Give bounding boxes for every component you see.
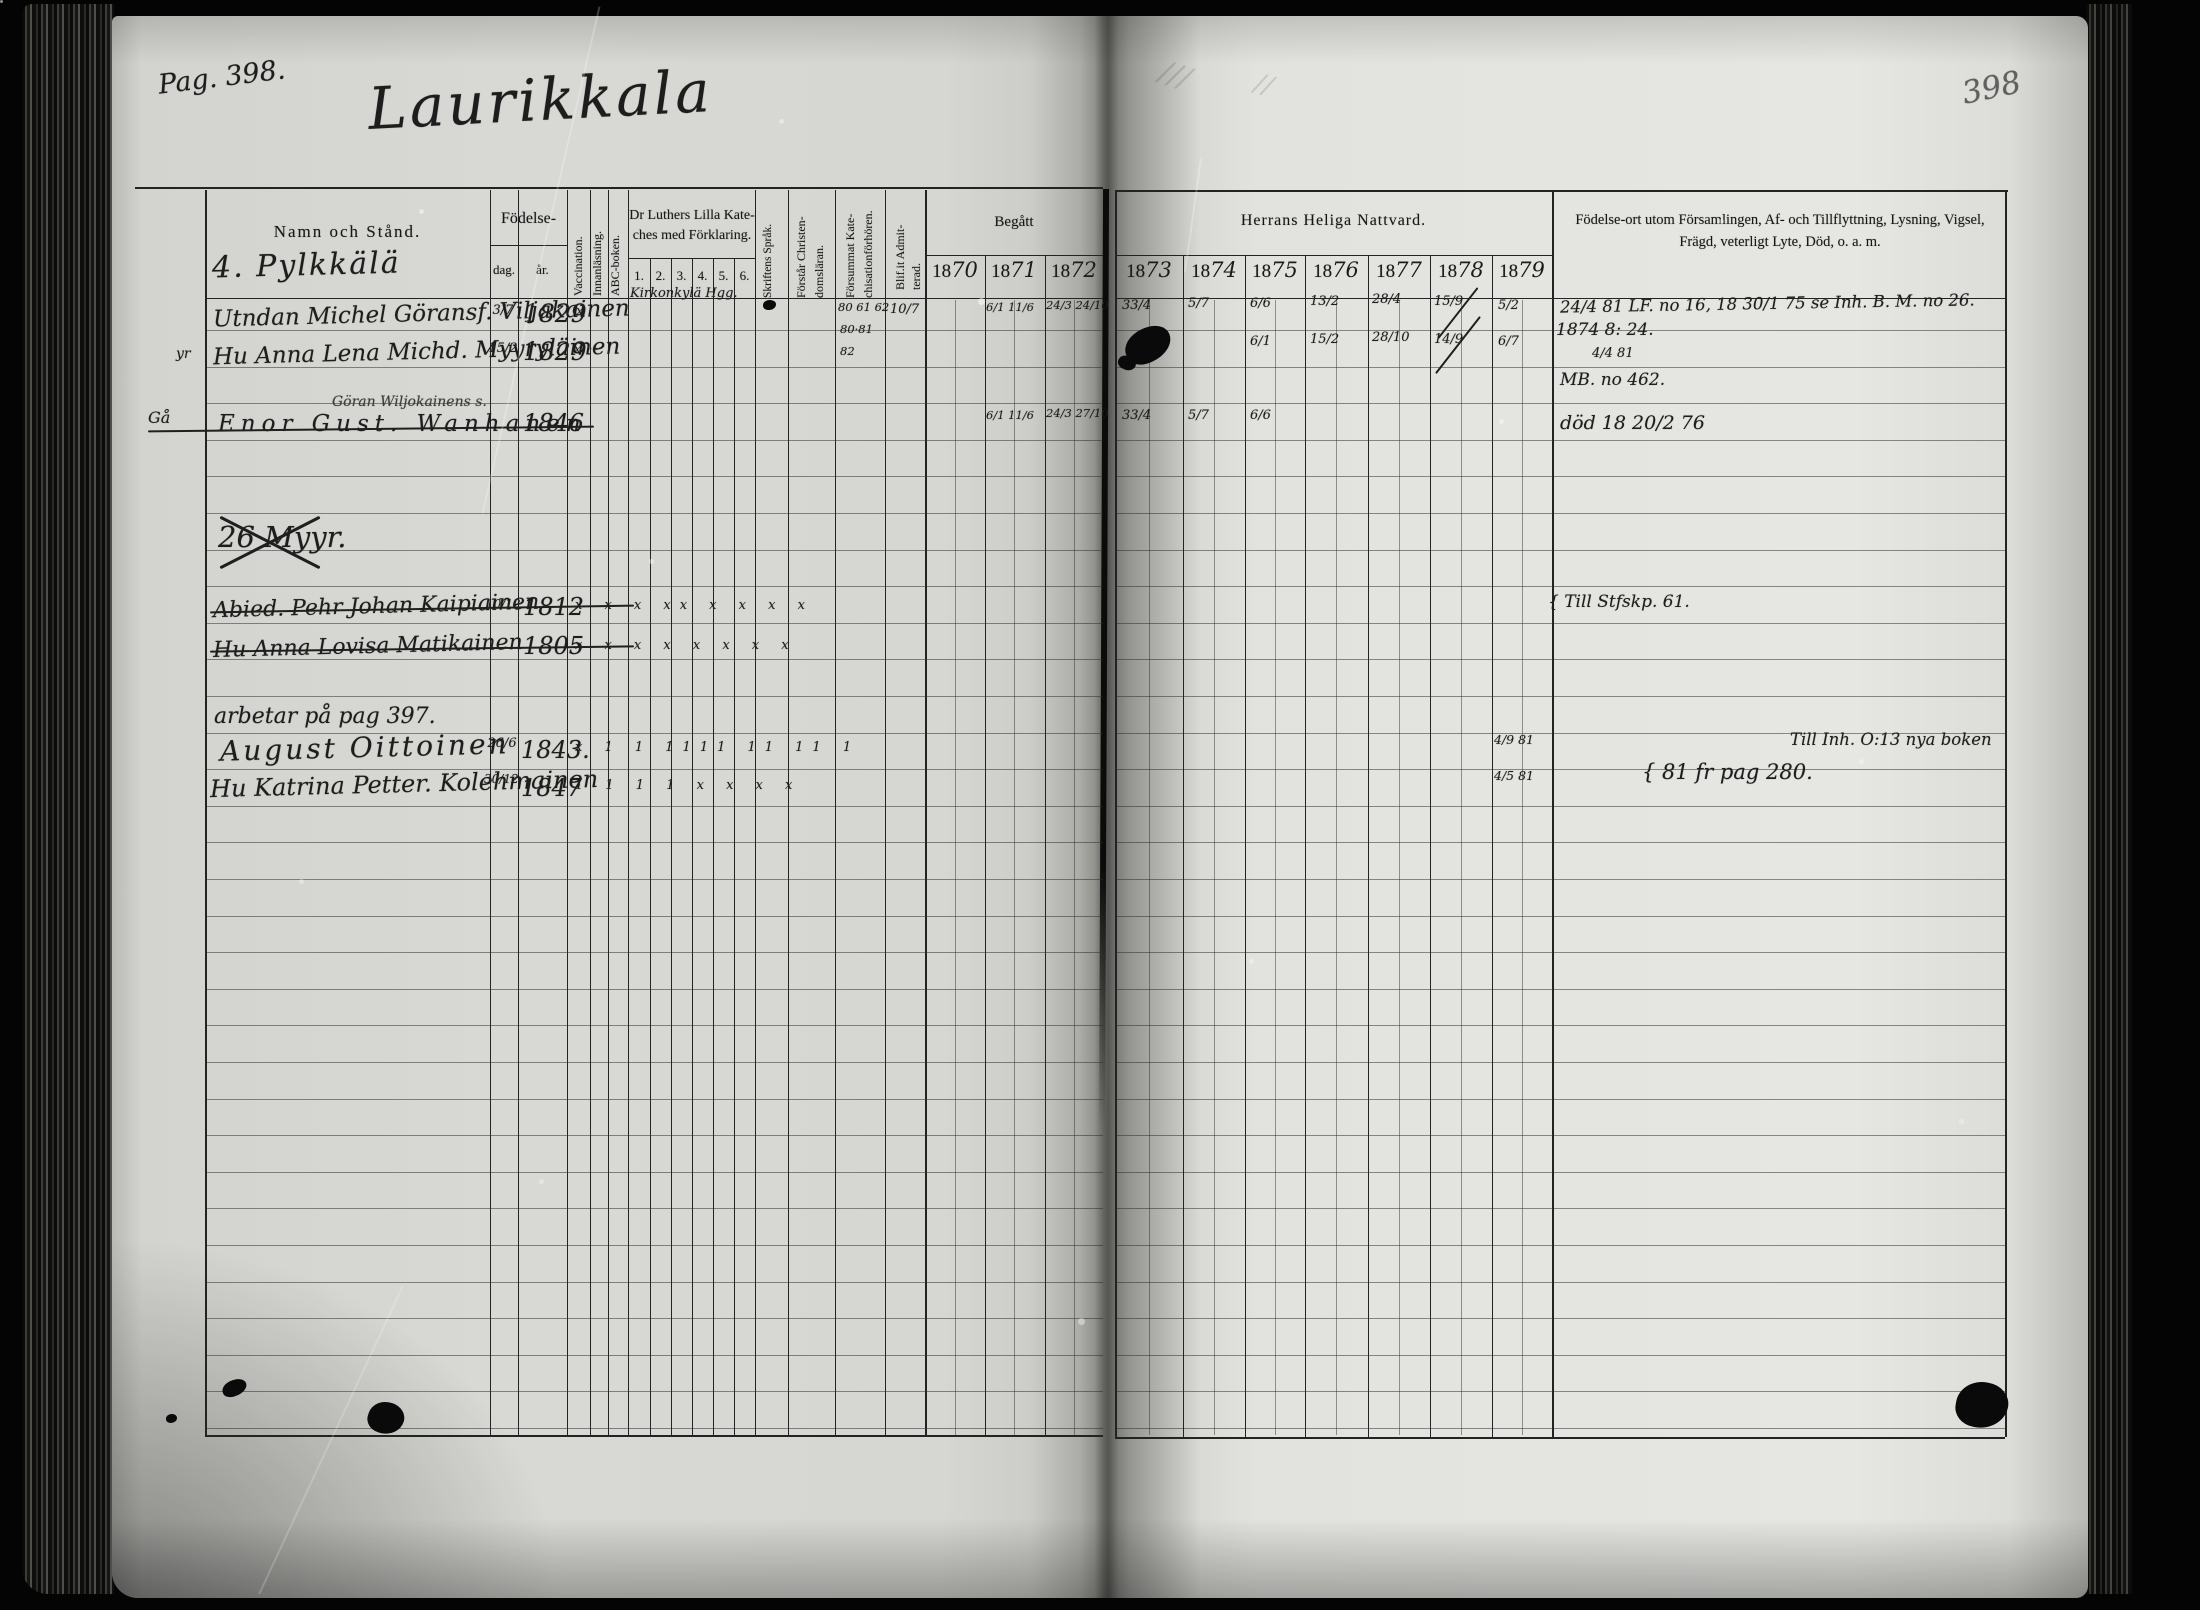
- grid-vline-sub: [1149, 300, 1150, 1435]
- grid-vline-sub: [1074, 300, 1075, 1435]
- row-line: [206, 330, 1103, 331]
- entry-birth-day: 26/6: [486, 736, 518, 751]
- grid-vline: [1552, 190, 1554, 1437]
- header-catechism-line2: ches med Förklaring.: [629, 228, 755, 244]
- row-line: [206, 769, 1103, 770]
- year-printed-part: 18: [991, 261, 1010, 282]
- row-line: [206, 989, 1103, 990]
- communion-cell-1872: 24/3 24/10: [1046, 298, 1109, 312]
- row-line: [206, 879, 1103, 880]
- row-line: [1116, 403, 2005, 404]
- header-missed-catechism-line2: chisationförhören.: [862, 196, 874, 298]
- communion-cell-1878: 15/9: [1434, 294, 1463, 309]
- communion-cell-1874: 5/7: [1188, 408, 1209, 423]
- grid-vline: [835, 190, 836, 1435]
- row-line: [1116, 623, 2005, 624]
- row-line: [206, 513, 1103, 514]
- grid-vline: [985, 255, 986, 1435]
- grid-vline: [1492, 255, 1493, 1437]
- row-line: [206, 1245, 1103, 1246]
- missed-cell-line2: 80·81: [840, 322, 873, 336]
- book-page-edges-right: [2086, 4, 2132, 1594]
- entry-birth-day: 15/2: [488, 341, 518, 356]
- year-label: 1878: [1432, 258, 1490, 283]
- header-understands-line1: Förstår Christen-: [795, 196, 807, 298]
- entry-note-line2: 4/4 81: [1592, 346, 1634, 361]
- row-line: [1116, 1062, 2005, 1063]
- entry-note-line3: MB. no 462.: [1560, 370, 1665, 390]
- year-script-part: 71: [1010, 258, 1037, 282]
- grid-vline: [713, 258, 714, 1435]
- year-script-part: 77: [1395, 258, 1422, 282]
- grid-vline-sub: [1399, 300, 1400, 1435]
- row-line: [1116, 1428, 2005, 1429]
- year-label: 1875: [1246, 258, 1304, 283]
- year-script-part: 76: [1332, 258, 1359, 282]
- header-admitted-line2: terad.: [910, 206, 922, 290]
- grid-vline: [608, 190, 609, 1435]
- row-line: [206, 1099, 1103, 1100]
- year-label: 1873: [1119, 258, 1179, 283]
- grid-vline: [1045, 255, 1046, 1435]
- communion-cell-1879: 4/9 81: [1494, 732, 1534, 747]
- row-line: [1116, 440, 2005, 441]
- row-line: [206, 1135, 1103, 1136]
- communion-cell-1873: 33/4: [1122, 298, 1151, 313]
- paper-vignette: [112, 16, 2088, 1598]
- grid-vline-sub: [1461, 300, 1462, 1435]
- row-line: [206, 1391, 1103, 1392]
- communion-cell-1879: 6/7: [1498, 334, 1519, 349]
- header-catechism-col4: 4.: [692, 268, 713, 284]
- grid-vline: [650, 258, 651, 1435]
- year-label: 1876: [1306, 258, 1366, 283]
- header-catechism-col2: 2.: [650, 268, 671, 284]
- header-reading: Innanläsning.: [591, 196, 603, 296]
- margin-mark: yr: [176, 346, 191, 362]
- row-line: [206, 1428, 1103, 1429]
- entry-note: död 18 20/2 76: [1560, 412, 1705, 434]
- communion-cell-1876: 15/2: [1310, 332, 1339, 347]
- row-line: [1116, 659, 2005, 660]
- book-page-edges-left: [22, 4, 114, 1594]
- dust-specks: [0, 0, 3, 3]
- year-label: 1870: [926, 258, 984, 283]
- grid-vline: [567, 190, 568, 1435]
- row-line: [206, 1062, 1103, 1063]
- entry-birth-year: 1847: [521, 774, 582, 802]
- year-printed-part: 18: [1499, 261, 1518, 282]
- grid-vline: [755, 190, 756, 1435]
- grid-vline-sub: [1522, 300, 1523, 1435]
- row-line: [1116, 367, 2005, 368]
- communion-cell-1872: 24/3 27/10: [1046, 406, 1109, 420]
- grid-vline: [692, 258, 693, 1435]
- vaccination-mark: x: [576, 304, 583, 319]
- row-line: [1116, 1282, 2005, 1283]
- communion-cell-1877: 28/4: [1372, 292, 1401, 307]
- grid-vline: [734, 258, 735, 1435]
- row-line: [206, 1282, 1103, 1283]
- year-label: 1879: [1494, 258, 1550, 283]
- row-line: [1116, 1025, 2005, 1026]
- communion-cell-1873: 33/4: [1122, 408, 1151, 423]
- communion-cell-1871: 6/1 11/6: [986, 300, 1034, 314]
- grid-vline-sub: [1014, 300, 1015, 1435]
- row-line: [1116, 1208, 2005, 1209]
- grid-hline: [628, 258, 755, 259]
- header-vaccination: Vaccination.: [572, 196, 584, 296]
- year-printed-part: 18: [1051, 261, 1070, 282]
- grid-vline: [1305, 255, 1306, 1437]
- admitted-cell: 10/7: [890, 302, 919, 317]
- row-line: [206, 916, 1103, 917]
- grid-vline: [1245, 255, 1246, 1437]
- year-script-part: 78: [1457, 258, 1484, 282]
- grid-vline: [1183, 255, 1184, 1437]
- row-line: [206, 1355, 1103, 1356]
- year-printed-part: 18: [1252, 261, 1271, 282]
- entry-birth-year: 1846: [523, 409, 584, 437]
- row-line: [206, 696, 1103, 697]
- row-line: [1116, 586, 2005, 587]
- grid-hline: [490, 245, 567, 246]
- entry-note: Till Inh. O:13 nya boken: [1790, 730, 1992, 749]
- year-label: 1874: [1185, 258, 1243, 283]
- header-abc-book: ABC-boken.: [609, 196, 621, 296]
- scanned-ledger-spread: Pag. 398. Laurikkala 398 /// // 18701871…: [0, 0, 2200, 1610]
- year-script-part: 73: [1145, 258, 1172, 282]
- grid-hline: [205, 1435, 1103, 1437]
- row-line: [206, 952, 1103, 953]
- row-line: [206, 586, 1103, 587]
- grid-vline: [490, 190, 491, 1435]
- year-label: 1872: [1046, 258, 1102, 283]
- grid-vline: [671, 258, 672, 1435]
- row-line: [206, 476, 1103, 477]
- header-begun: Begått: [925, 214, 1103, 231]
- communion-cell-1877: 28/10: [1372, 330, 1409, 345]
- year-printed-part: 18: [932, 261, 951, 282]
- header-catechism-col6: 6.: [734, 268, 755, 284]
- communion-cell-1879: 4/5 81: [1494, 768, 1534, 783]
- year-script-part: 70: [951, 258, 978, 282]
- row-line: [206, 1208, 1103, 1209]
- row-line: [1116, 1172, 2005, 1173]
- header-name-column: Namn och Stånd.: [207, 222, 488, 242]
- header-catechism-col3: 3.: [671, 268, 692, 284]
- grid-vline-sub: [1336, 300, 1337, 1435]
- row-line: [1116, 806, 2005, 807]
- header-catechism-col1: 1.: [628, 268, 650, 284]
- year-script-part: 79: [1518, 258, 1545, 282]
- row-line: [1116, 989, 2005, 990]
- year-printed-part: 18: [1376, 261, 1395, 282]
- year-printed-part: 18: [1191, 261, 1210, 282]
- row-line: [1116, 1355, 2005, 1356]
- row-line: [1116, 1099, 2005, 1100]
- row-line: [1116, 842, 2005, 843]
- year-printed-part: 18: [1126, 261, 1145, 282]
- row-line: [1116, 696, 2005, 697]
- year-script-part: 75: [1271, 258, 1298, 282]
- grid-vline: [2005, 190, 2007, 1437]
- header-missed-catechism-line1: Försummat Kate-: [844, 196, 856, 298]
- year-label: 1871: [985, 258, 1043, 283]
- catechism-marks: 1 1 1 1 x x x x: [575, 778, 801, 793]
- row-line: [206, 1318, 1103, 1319]
- header-birth: Födelse-: [490, 210, 567, 228]
- year-printed-part: 18: [1438, 261, 1457, 282]
- row-line: [1116, 1318, 2005, 1319]
- row-line: [1116, 1135, 2005, 1136]
- header-scripture-language: Skriftens Språk.: [763, 196, 775, 298]
- communion-cell-1871: 6/1 11/6: [986, 408, 1034, 422]
- header-birth-day: dag.: [490, 262, 518, 278]
- missed-cell-line3: 82: [840, 344, 855, 358]
- grid-vline-sub: [955, 300, 956, 1435]
- work-note: arbetar på pag 397.: [214, 704, 436, 729]
- row-line: [206, 1172, 1103, 1173]
- interlinear-parish-note: Kirkonkylä Hgg.: [630, 286, 738, 301]
- year-printed-part: 18: [1313, 261, 1332, 282]
- vaccination-mark: x ··: [574, 342, 600, 356]
- row-line: [1116, 550, 2005, 551]
- grid-vline: [1368, 255, 1369, 1437]
- header-admitted-line1: Blif.it Admit-: [894, 206, 906, 290]
- header-catechism-col5: 5.: [713, 268, 734, 284]
- grid-vline-sub: [1214, 300, 1215, 1435]
- grid-vline: [788, 190, 789, 1435]
- interline-note: Göran Wiljokainens s.: [332, 394, 487, 410]
- year-script-part: 72: [1070, 258, 1097, 282]
- margin-mark: Gå: [148, 408, 170, 427]
- grid-vline: [205, 190, 207, 1435]
- header-communion: Herrans Heliga Nattvard.: [1115, 212, 1552, 230]
- grid-vline-sub: [1275, 300, 1276, 1435]
- header-notes-line2: Frägd, veterligt Lyte, Död, o. a. m.: [1556, 234, 2004, 251]
- year-label: 1877: [1370, 258, 1428, 283]
- row-line: [1116, 1245, 2005, 1246]
- communion-cell-1879: 5/2: [1498, 298, 1519, 313]
- row-line: [1116, 476, 2005, 477]
- village-heading: 4. Pylkkälä: [212, 246, 401, 286]
- grid-hline: [135, 187, 1103, 189]
- communion-cell-1874: 5/7: [1188, 296, 1209, 311]
- row-line: [1116, 1391, 2005, 1392]
- header-catechism-line1: Dr Luthers Lilla Kate-: [629, 208, 755, 224]
- row-line: [206, 623, 1103, 624]
- grid-vline: [518, 190, 519, 1435]
- grid-vline: [628, 190, 629, 1435]
- entry-birth-day: 3/7: [488, 303, 518, 318]
- header-understands-line2: domsläran.: [813, 196, 825, 298]
- grid-hline: [1115, 1437, 2005, 1439]
- row-line: [206, 806, 1103, 807]
- communion-cell-1875: 6/6: [1250, 408, 1271, 423]
- grid-hline: [925, 255, 1103, 256]
- grid-vline: [1115, 190, 1117, 1437]
- communion-cell-1875: 6/6: [1250, 296, 1271, 311]
- row-line: [1116, 879, 2005, 880]
- catechism-marks: x 1 1 1111 11 11 1: [575, 740, 860, 755]
- grid-vline: [590, 190, 591, 1435]
- row-line: [1116, 769, 2005, 770]
- missed-cell-line1: 80 61 62: [838, 300, 889, 314]
- grid-hline: [1115, 255, 1552, 256]
- grid-vline: [885, 190, 886, 1435]
- row-line: [1116, 513, 2005, 514]
- row-line: [1116, 952, 2005, 953]
- row-line: [206, 1025, 1103, 1026]
- entry-note: { 81 fr pag 280.: [1642, 760, 1813, 784]
- row-line: [206, 440, 1103, 441]
- row-line: [206, 842, 1103, 843]
- entry-note-line1: 1874 8: 24.: [1556, 320, 1654, 340]
- year-script-part: 74: [1210, 258, 1237, 282]
- header-birth-year: år.: [518, 262, 567, 278]
- communion-cell-1876: 13/2: [1310, 294, 1339, 309]
- grid-vline: [1430, 255, 1431, 1437]
- entry-birth-day: 30/12: [484, 772, 518, 786]
- grid-vline: [925, 190, 927, 1435]
- header-notes-line1: Födelse-ort utom Församlingen, Af- och T…: [1556, 212, 2004, 229]
- row-line: [1116, 916, 2005, 917]
- grid-hline: [1115, 190, 2008, 192]
- entry-note: { Till Stfskp. 61.: [1548, 592, 1690, 612]
- communion-cell-1875: 6/1: [1250, 334, 1271, 349]
